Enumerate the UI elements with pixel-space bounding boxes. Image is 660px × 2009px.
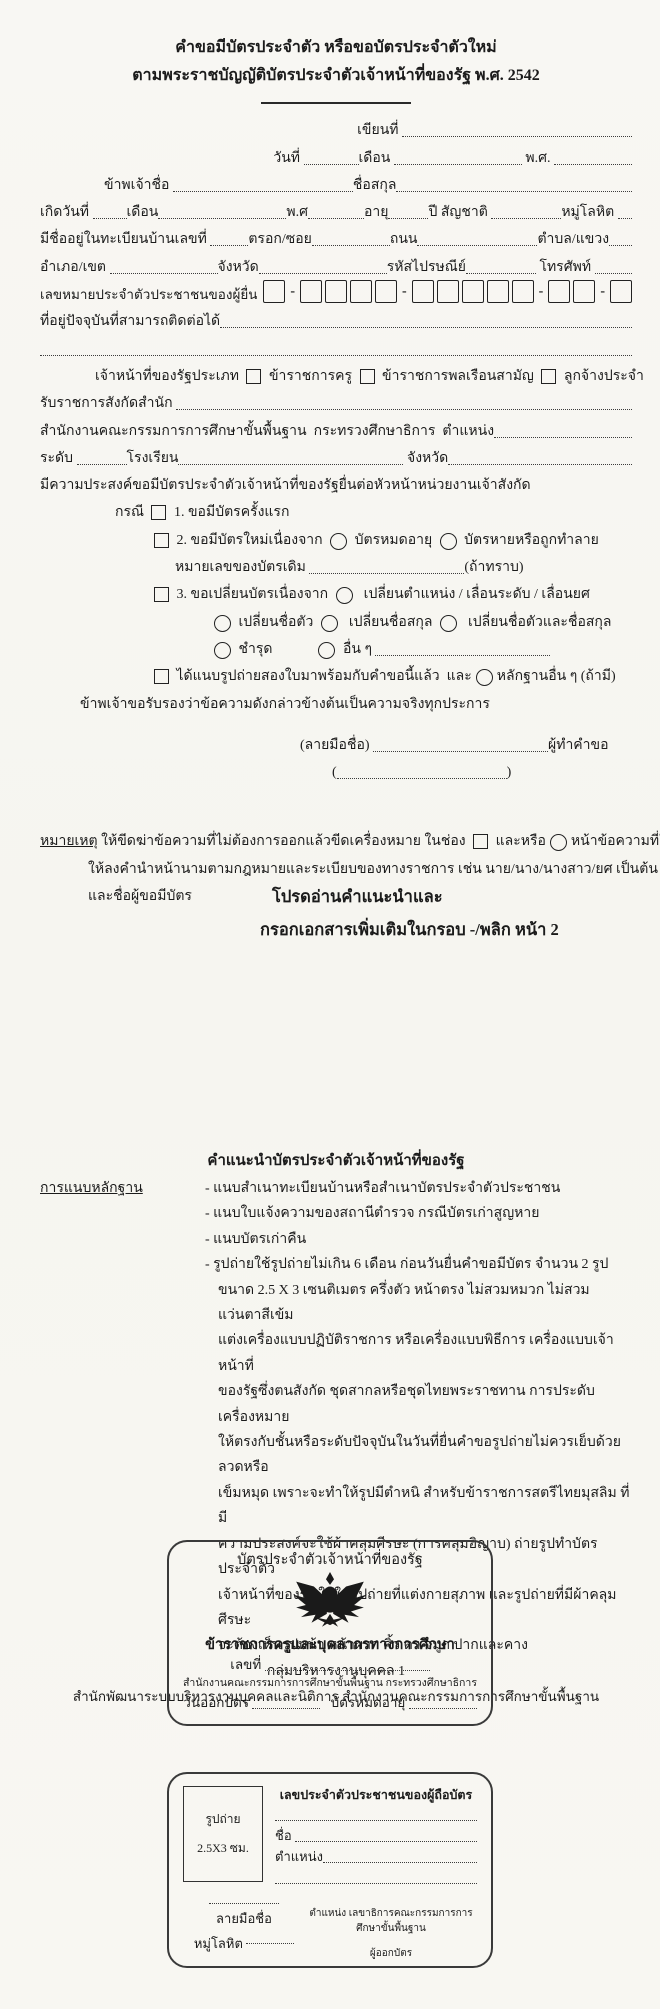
attach-row: ได้แนบรูปถ่ายสองใบมาพร้อมกับคำขอนี้แล้ว … — [40, 660, 632, 687]
note-row1: หมายเหตุ ให้ขีดฆ่าข้อความที่ไม่ต้องการออ… — [40, 825, 632, 852]
paren-close: ) — [507, 762, 512, 783]
damaged-label: ชำรุด — [235, 639, 272, 660]
lane-label: ตรอก/ซอย — [248, 229, 312, 250]
case1-row: กรณี 1. ขอมีบัตรครั้งแรก — [40, 496, 632, 523]
postcode-label: รหัสไปรษณีย์ — [387, 257, 466, 278]
written-at-field — [402, 132, 632, 137]
month-field — [394, 160, 522, 165]
card-number-label: เลขที่ — [230, 1653, 264, 1675]
id-separator: - — [600, 284, 605, 300]
holder-position-row: ตำแหน่ง — [275, 1846, 477, 1867]
id-separator: - — [290, 284, 295, 300]
birthmonth-label: เดือน — [127, 202, 159, 223]
note-row3: และชื่อผู้ขอมีบัตร โปรดอ่านคำแนะนำและ — [40, 880, 632, 907]
holder-name-label: ชื่อ — [275, 1825, 295, 1846]
level-field — [77, 460, 127, 465]
blood-label: หมู่โลหิต — [561, 202, 617, 223]
guide-row4: - รูปถ่ายใช้รูปถ่ายไม่เกิน 6 เดือน ก่อนว… — [40, 1252, 632, 1277]
change-first-label: เปลี่ยนชื่อตัว — [235, 612, 317, 633]
signature-name-row: ( ) — [40, 756, 632, 783]
nationality-label: ปี สัญชาติ — [428, 202, 491, 223]
school-label: โรงเรียน — [127, 448, 179, 469]
holder-position-field — [323, 1858, 477, 1863]
radio-circle-icon — [550, 834, 567, 851]
birthyear-label: พ.ศ — [286, 202, 308, 223]
bureau-label: รับราชการสังกัดสำนัก — [40, 393, 176, 414]
holder-position-label: ตำแหน่ง — [275, 1846, 323, 1867]
card2-top: รูปถ่าย 2.5X3 ซม. เลขประจำตัวประชาชนของผ… — [183, 1786, 477, 1888]
province-label: จังหวัด — [218, 257, 259, 278]
checkbox-icon — [154, 669, 169, 684]
citizen-id-row: เลขหมายประจำตัวประชาชนของผู้ยื่นคำขอ - -… — [40, 278, 632, 305]
attach-photos-label: ได้แนบรูปถ่ายสองใบมาพร้อมกับคำขอนี้แล้ว … — [173, 666, 472, 687]
card-title: บัตรประจำตัวเจ้าหน้าที่ของรัฐ — [181, 1550, 479, 1570]
card2-bottom: ลายมือชื่อ หมู่โลหิต ตำแหน่ง เลขาธิการคณ… — [183, 1892, 477, 1961]
birthmonth-field — [158, 214, 286, 219]
guide-cont-2: แต่งเครื่องแบบปฏิบัติราชการ หรือเครื่องแ… — [218, 1328, 632, 1379]
read-instruction-1: โปรดอ่านคำแนะนำและ — [272, 886, 443, 907]
written-at-row: เขียนที่ — [40, 114, 632, 141]
district-label: อำเภอ/เขต — [40, 257, 110, 278]
guide-bullet-2: - แนบใบแจ้งความของสถานีตำรวจ กรณีบัตรเก่… — [205, 1201, 632, 1226]
holder-name-row: ชื่อ — [275, 1825, 477, 1846]
id-digit-box — [437, 280, 459, 303]
bureau-field — [176, 405, 632, 410]
id-digit-box — [573, 280, 595, 303]
card2-fields: เลขประจำตัวประชาชนของผู้ถือบัตร ชื่อ ตำแ… — [275, 1786, 477, 1888]
citizen-id-label: เลขหมายประจำตัวประชาชนของผู้ยื่นคำขอ — [40, 284, 257, 305]
id-digit-box — [325, 280, 347, 303]
card-number-field — [265, 1666, 430, 1671]
province2-field — [448, 460, 632, 465]
bureau-row: รับราชการสังกัดสำนัก — [40, 387, 632, 414]
note-row2: ให้ลงคำนำหน้านามตามกฎหมายและระเบียบของทา… — [40, 852, 632, 879]
id-digit-box — [610, 280, 632, 303]
name-label: ข้าพเจ้าชื่อ — [104, 175, 173, 196]
certify-row: ข้าพเจ้าขอรับรองว่าข้อความดังกล่าวข้างต้… — [40, 687, 632, 714]
radio-circle-icon — [336, 587, 353, 604]
id-digit-box — [263, 280, 285, 303]
current-address-row: ที่อยู่ปัจจุบันที่สามารถติดต่อได้ — [40, 305, 632, 332]
month-label: เดือน — [359, 148, 394, 169]
certify-text: ข้าพเจ้าขอรับรองว่าข้อความดังกล่าวข้างต้… — [80, 694, 490, 715]
form-section: คำขอมีบัตรประจำตัว หรือขอบัตรประจำตัวใหม… — [40, 34, 632, 940]
houseno-field — [210, 241, 248, 246]
case3-label: 3. ขอเปลี่ยนบัตรเนื่องจาก — [173, 584, 332, 605]
old-card-label: หมายเลขของบัตรเดิม — [175, 557, 309, 578]
note-line2: ให้ลงคำนำหน้านามตามกฎหมายและระเบียบของทา… — [88, 859, 658, 880]
note-row4: กรอกเอกสารเพิ่มเติมในกรอบ -/พลิก หน้า 2 — [40, 913, 632, 940]
id-digit-box — [462, 280, 484, 303]
form-title-line2: ตามพระราชบัญญัติบัตรประจำตัวเจ้าหน้าที่ข… — [40, 62, 632, 90]
photo-placeholder-box: รูปถ่าย 2.5X3 ซม. — [183, 1786, 263, 1882]
photo-label-1: รูปถ่าย — [205, 1810, 240, 1829]
subdistrict-field — [609, 241, 632, 246]
radio-circle-icon — [476, 669, 493, 686]
card-number-row: เลขที่ — [181, 1655, 479, 1675]
applicant-label: ผู้ทำคำขอ — [548, 735, 609, 756]
date-row: วันที่ เดือน พ.ศ. — [40, 141, 632, 168]
guide-cont-5: เข็มหมุด เพราะจะทำให้รูปมีตำหนิ สำหรับข้… — [218, 1481, 632, 1532]
card2-bottom-right: ตำแหน่ง เลขาธิการคณะกรรมการการศึกษาขั้นพ… — [305, 1892, 477, 1961]
holder-position-row2 — [275, 1867, 477, 1888]
date-label: วันที่ — [273, 148, 303, 169]
guide-row2: - แนบใบแจ้งความของสถานีตำรวจ กรณีบัตรเก่… — [40, 1201, 632, 1226]
name-field — [173, 187, 353, 192]
checkbox-icon — [151, 505, 166, 520]
note-line1b: และหรือ — [492, 831, 546, 852]
id-separator: - — [539, 284, 544, 300]
note-label: หมายเหตุ — [40, 831, 98, 852]
blood-field — [618, 214, 632, 219]
subdistrict-label: ตำบล/แขวง — [537, 229, 609, 250]
official-type-row: เจ้าหน้าที่ของรัฐประเภท ข้าราชการครู ข้า… — [40, 360, 632, 387]
birth-row: เกิดวันที่ เดือน พ.ศ อายุ ปี สัญชาติ หมู… — [40, 196, 632, 223]
nationality-field — [491, 214, 561, 219]
id-digit-box — [412, 280, 434, 303]
radio-circle-icon — [440, 615, 457, 632]
type-teacher-label: ข้าราชการครู — [265, 366, 355, 387]
signature-field — [373, 747, 548, 752]
attach-evidence-label: การแนบหลักฐาน — [40, 1176, 205, 1201]
change-last-label: เปลี่ยนชื่อสกุล — [342, 612, 436, 633]
type-civil-label: ข้าราชการพลเรือนสามัญ — [379, 366, 538, 387]
holder-position-field2 — [275, 1879, 477, 1884]
guide-row1: การแนบหลักฐาน - แนบสำเนาทะเบียนบ้านหรือส… — [40, 1176, 632, 1201]
province-field — [259, 269, 387, 274]
note-line1a: ให้ขีดฆ่าข้อความที่ไม่ต้องการออกแล้วขีดเ… — [98, 831, 469, 852]
form-title-line1: คำขอมีบัตรประจำตัว หรือขอบัตรประจำตัวใหม… — [40, 34, 632, 62]
obec-row: สำนักงานคณะกรรมการการศึกษาขั้นพื้นฐาน กร… — [40, 414, 632, 441]
birthdate-field — [93, 214, 127, 219]
holder-id-heading: เลขประจำตัวประชาชนของผู้ถือบัตร — [275, 1786, 477, 1804]
guide-cont-4: ให้ตรงกับชั้นหรือระดับปัจจุบันในวันที่ยื… — [218, 1430, 632, 1481]
current-address-field — [220, 323, 632, 328]
surname-field — [396, 187, 632, 192]
signature-label: (ลายมือชื่อ) — [300, 735, 373, 756]
official-type-label: เจ้าหน้าที่ของรัฐประเภท — [95, 366, 242, 387]
case2-expired-label: บัตรหมดอายุ — [351, 530, 436, 551]
type-employee-label: ลูกจ้างประจำ — [560, 366, 643, 387]
holder-signature-label: ลายมือชื่อ — [183, 1908, 305, 1929]
case2-label: 2. ขอมีบัตรใหม่เนื่องจาก — [173, 530, 326, 551]
birthyear-field — [308, 214, 364, 219]
case2-lost-label: บัตรหายหรือถูกทำลาย — [461, 530, 599, 551]
blood-row: หมู่โลหิต — [183, 1933, 305, 1954]
guide-cont-1: ขนาด 2.5 X 3 เซนติเมตร ครึ่งตัว หน้าตรง … — [218, 1278, 632, 1329]
postcode-field — [466, 269, 536, 274]
citizen-id-boxes: - - - - — [263, 280, 632, 303]
province2-label: จังหวัด — [403, 448, 448, 469]
id-card-back-sample: รูปถ่าย 2.5X3 ซม. เลขประจำตัวประชาชนของผ… — [167, 1772, 493, 1968]
guide-bullet-1: - แนบสำเนาทะเบียนบ้านหรือสำเนาบัตรประจำต… — [205, 1176, 632, 1201]
expire-date-field — [409, 1704, 477, 1709]
case1-label: 1. ขอมีบัตรครั้งแรก — [170, 502, 289, 523]
holder-id-field — [275, 1816, 477, 1821]
checkbox-icon — [154, 587, 169, 602]
birthdate-label: เกิดวันที่ — [40, 202, 93, 223]
school-row: ระดับ โรงเรียน จังหวัด — [40, 442, 632, 469]
current-address-field2 — [40, 351, 632, 356]
photo-label-2: 2.5X3 ซม. — [197, 1839, 249, 1858]
position-field — [494, 433, 632, 438]
case-label: กรณี — [115, 502, 147, 523]
other-evidence-label: หลักฐานอื่น ๆ (ถ้ามี) — [497, 666, 616, 687]
id-digit-box — [512, 280, 534, 303]
issuer-position-line: ตำแหน่ง เลขาธิการคณะกรรมการการศึกษาขั้นพ… — [305, 1906, 477, 1936]
radio-circle-icon — [214, 615, 231, 632]
id-digit-box — [350, 280, 372, 303]
checkbox-icon — [541, 369, 556, 384]
note-line1c: หน้าข้อความที่ใช้ — [571, 831, 660, 852]
district-row: อำเภอ/เขต จังหวัด รหัสไปรษณีย์ โทรศัพท์ — [40, 250, 632, 277]
lane-field — [312, 241, 390, 246]
id-digit-box — [375, 280, 397, 303]
address-row: มีชื่ออยู่ในทะเบียนบ้านเลขที่ ตรอก/ซอย ถ… — [40, 223, 632, 250]
age-field — [388, 214, 428, 219]
checkbox-icon — [154, 533, 169, 548]
surname-label: ชื่อสกุล — [353, 175, 397, 196]
radio-circle-icon — [330, 533, 347, 550]
name-row: ข้าพเจ้าชื่อ ชื่อสกุล — [40, 169, 632, 196]
road-label: ถนน — [390, 229, 418, 250]
case3-position-label: เปลี่ยนตำแหน่ง / เลื่อนระดับ / เลื่อนยศ — [357, 584, 590, 605]
other-field — [375, 651, 550, 656]
id-digit-box — [300, 280, 322, 303]
year-label: พ.ศ. — [522, 148, 554, 169]
written-at-label: เขียนที่ — [357, 120, 402, 141]
paren-open: ( — [332, 762, 337, 783]
current-address-label: ที่อยู่ปัจจุบันที่สามารถติดต่อได้ — [40, 311, 220, 332]
date-field — [304, 160, 359, 165]
damaged-row: ชำรุด อื่น ๆ — [40, 633, 632, 660]
case3-row: 3. ขอเปลี่ยนบัตรเนื่องจาก เปลี่ยนตำแหน่ง… — [40, 578, 632, 605]
other-label: อื่น ๆ — [339, 639, 375, 660]
scanned-form-page: คำขอมีบัตรประจำตัว หรือขอบัตรประจำตัวใหม… — [0, 0, 660, 2009]
age-label: อายุ — [364, 202, 388, 223]
guide-bullet-3: - แนบบัตรเก่าคืน — [205, 1227, 632, 1252]
checkbox-icon — [246, 369, 261, 384]
purpose-text: มีความประสงค์ขอมีบัตรประจำตัวเจ้าหน้าที่… — [40, 475, 531, 496]
if-known-label: (ถ้าทราบ) — [464, 557, 523, 578]
checkbox-icon — [360, 369, 375, 384]
issuer-label: ผู้ออกบัตร — [305, 1946, 477, 1961]
radio-circle-icon — [321, 615, 338, 632]
guide-row3: - แนบบัตรเก่าคืน — [40, 1227, 632, 1252]
current-address-row2 — [40, 332, 632, 359]
holder-id-row — [275, 1804, 477, 1825]
signature-name-field — [337, 774, 507, 779]
expire-date-label: บัตรหมดอายุ — [320, 1691, 408, 1713]
garuda-emblem-icon — [181, 1572, 479, 1635]
obec-label: สำนักงานคณะกรรมการการศึกษาขั้นพื้นฐาน กร… — [40, 421, 494, 442]
issue-date-field — [252, 1704, 320, 1709]
case2-row: 2. ขอมีบัตรใหม่เนื่องจาก บัตรหมดอายุ บัต… — [40, 523, 632, 550]
road-field — [417, 241, 537, 246]
card-subtitle: ข้าราชการครูและบุคลากรทางการศึกษา — [181, 1635, 479, 1655]
change-name-row: เปลี่ยนชื่อตัว เปลี่ยนชื่อสกุล เปลี่ยนชื… — [40, 605, 632, 632]
guide-cont-3: ของรัฐซึ่งตนสังกัด ชุดสากลหรือชุดไทยพระร… — [218, 1379, 632, 1430]
houseno-label: มีชื่ออยู่ในทะเบียนบ้านเลขที่ — [40, 229, 210, 250]
guide-heading: คำแนะนำบัตรประจำตัวเจ้าหน้าที่ของรัฐ — [40, 1148, 632, 1174]
signature-row: (ลายมือชื่อ) ผู้ทำคำขอ — [40, 729, 632, 756]
old-card-row: หมายเลขของบัตรเดิม (ถ้าทราบ) — [40, 551, 632, 578]
holder-name-field — [295, 1837, 477, 1842]
radio-circle-icon — [440, 533, 457, 550]
read-instruction-2: กรอกเอกสารเพิ่มเติมในกรอบ -/พลิก หน้า 2 — [260, 919, 559, 940]
id-card-front-sample: บัตรประจำตัวเจ้าหน้าที่ของรัฐ ข้าราชการค… — [167, 1540, 493, 1726]
radio-circle-icon — [318, 642, 335, 659]
radio-circle-icon — [214, 642, 231, 659]
card-blood-field — [246, 1939, 294, 1944]
purpose-row: มีความประสงค์ขอมีบัตรประจำตัวเจ้าหน้าที่… — [40, 469, 632, 496]
year-field — [554, 160, 632, 165]
level-label: ระดับ — [40, 448, 77, 469]
title-divider — [261, 102, 411, 104]
holder-signature-field — [209, 1899, 279, 1904]
issue-date-label: วันออกบัตร — [183, 1691, 252, 1713]
note-line3: และชื่อผู้ขอมีบัตร — [88, 886, 192, 907]
id-separator: - — [402, 284, 407, 300]
phone-label: โทรศัพท์ — [536, 257, 595, 278]
card2-bottom-left: ลายมือชื่อ หมู่โลหิต — [183, 1892, 305, 1954]
id-digit-box — [487, 280, 509, 303]
card-dates-row: วันออกบัตร บัตรหมดอายุ — [181, 1693, 479, 1713]
id-digit-box — [548, 280, 570, 303]
phone-field — [595, 269, 632, 274]
change-both-label: เปลี่ยนชื่อตัวและชื่อสกุล — [461, 612, 612, 633]
card-blood-label: หมู่โลหิต — [194, 1936, 246, 1951]
school-field — [178, 460, 403, 465]
guide-bullet-4: - รูปถ่ายใช้รูปถ่ายไม่เกิน 6 เดือน ก่อนว… — [205, 1252, 632, 1277]
old-card-field — [309, 569, 464, 574]
checkbox-icon — [473, 834, 488, 849]
district-field — [110, 269, 218, 274]
